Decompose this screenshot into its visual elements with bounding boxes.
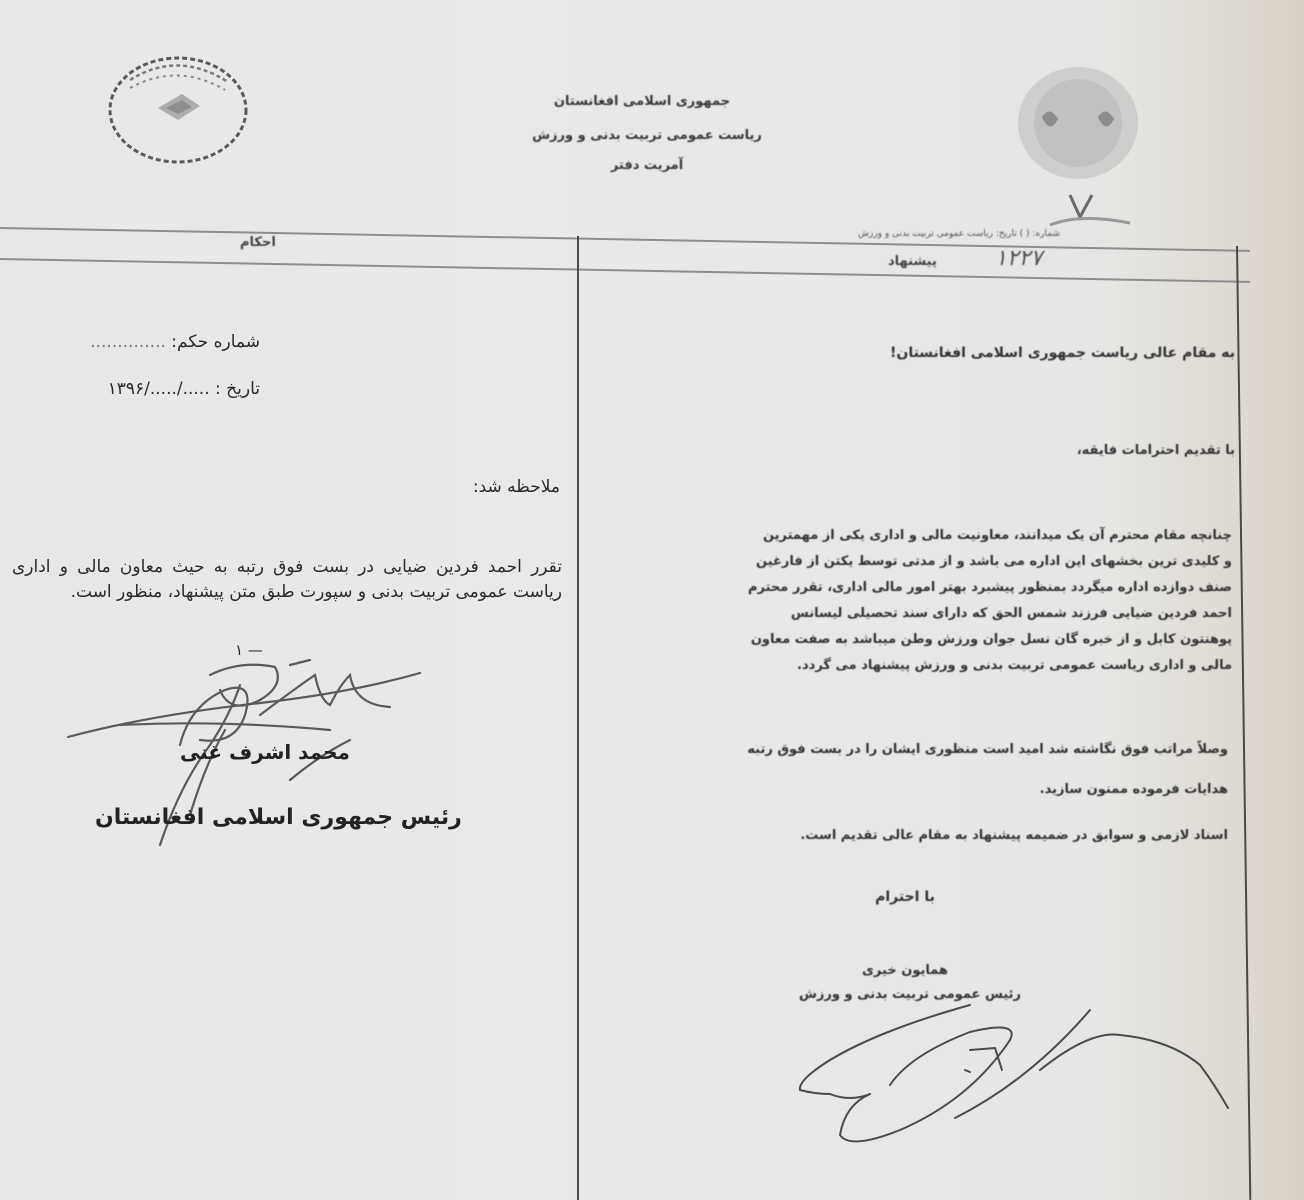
- decree-date-value: ...../...../۱۳۹۶: [108, 379, 210, 399]
- proposal-paragraph-3: اسناد لازمی و سوابق در ضمیمه پیشنهاد به …: [600, 823, 1228, 849]
- table-header-bottom-border: [0, 258, 1250, 283]
- decree-date-label: تاریخ :: [215, 379, 260, 399]
- proposal-line: وصلاً مراتب فوق نگاشته شد امید است منظور…: [600, 730, 1228, 770]
- president-name: محمد اشرف غنی: [180, 740, 350, 764]
- proposal-salutation: به مقام عالی ریاست جمهوری اسلامی افغانست…: [800, 340, 1235, 366]
- proposal-line: پوهنتون کابل و از خبره گان نسل جوان ورزش…: [600, 627, 1232, 653]
- proposal-paragraph-2: وصلاً مراتب فوق نگاشته شد امید است منظور…: [600, 730, 1228, 810]
- president-title: رئیس جمهوری اسلامی افغانستان: [95, 805, 462, 830]
- director-signature-icon: [770, 1010, 1240, 1164]
- table-top-border: [0, 227, 1250, 252]
- observed-label: ملاحظه شد:: [380, 475, 560, 500]
- decree-body: تقرر احمد فردین ضیایی در بست فوق رتبه به…: [12, 555, 562, 605]
- column-title-decrees: احکام: [240, 235, 276, 250]
- decree-number-row: شماره حکم: ..............: [40, 330, 260, 355]
- scanned-document-page: جمهوری اسلامی افغانستان ریاست عمومی تربی…: [0, 0, 1304, 1200]
- proposal-paragraph-1: چنانچه مقام محترم آن یک میدانند، معاونیت…: [600, 523, 1232, 679]
- proposal-line: احمد فردین ضیایی فرزند شمس الحق که دارای…: [600, 601, 1232, 627]
- proposal-line: و کلیدی ترین بخشهای این اداره می باشد و …: [600, 549, 1232, 575]
- proposal-line: هدایات فرموده ممنون سازید.: [600, 770, 1228, 810]
- proposal-signatory-name: همایون خیری: [840, 958, 970, 984]
- proposal-line: چنانچه مقام محترم آن یک میدانند، معاونیت…: [600, 523, 1232, 549]
- proposal-closing: با احترام: [840, 884, 970, 910]
- handwritten-reference-number: ۱۲۲۷: [995, 246, 1042, 271]
- column-divider: [577, 236, 579, 1200]
- proposal-line: صنف دوازده اداره میگردد بمنظور پیشبرد به…: [600, 575, 1232, 601]
- national-emblem-icon: [1000, 55, 1170, 230]
- proposal-greeting: با تقدیم احترامات فایقه،: [1000, 438, 1235, 464]
- proposal-line: مالی و اداری ریاست عمومی تربیت بدنی و ور…: [600, 653, 1232, 679]
- decree-number-value: ..............: [90, 332, 166, 352]
- decree-date-row: تاریخ : ...../...../۱۳۹۶: [40, 377, 260, 402]
- column-title-proposal: پیشنهاد: [888, 254, 937, 269]
- proposal-meta-line: شماره: ( ) تاریخ: ریاست عمومی تربیت بدنی…: [858, 229, 1060, 239]
- decree-number-label: شماره حکم:: [171, 332, 260, 352]
- proposal-signatory-title: رئیس عمومی تربیت بدنی و ورزش: [770, 982, 1050, 1008]
